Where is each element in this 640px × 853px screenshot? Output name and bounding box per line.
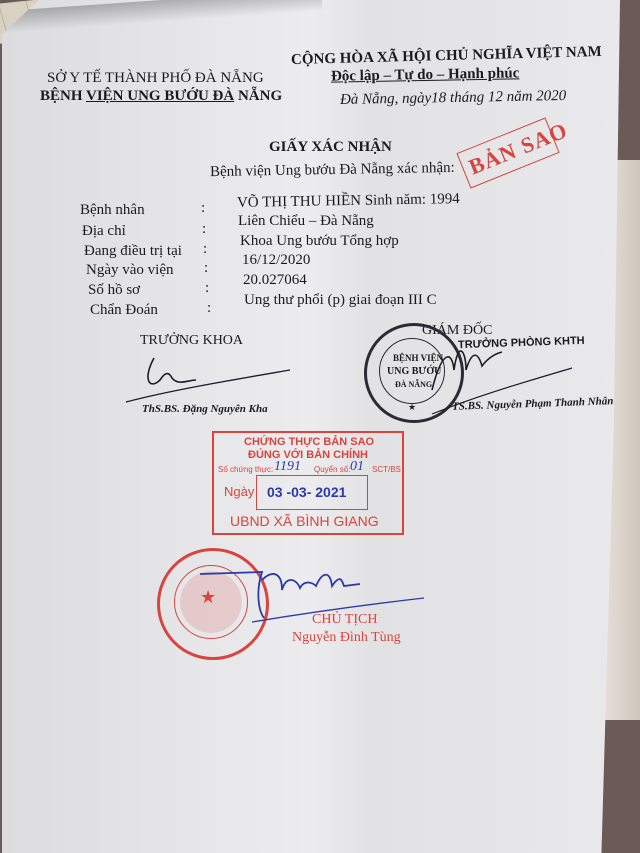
field-separator: : [204,260,208,277]
field-label: Số hồ sơ [88,282,140,299]
document-date: Đà Nẵng, ngày18 tháng 12 năm 2020 [340,88,567,109]
signature-title-left: TRƯỞNG KHOA [140,333,243,349]
field-separator: : [201,200,205,217]
star-icon: ★ [408,402,416,413]
signer-name-right: TS.BS. Nguyễn Phạm Thanh Nhân [452,395,614,413]
chairman-name: Nguyễn Đình Tùng [292,630,401,646]
intro-text: Bệnh viện Ung bướu Đà Nẵng xác nhận: [210,160,455,181]
field-value-diagnosis: Ung thư phổi (p) giai đoạn III C [244,292,437,309]
field-separator: : [203,241,207,258]
hospital-name-prefix: BỆNH [40,88,86,104]
book-number: 01 [350,459,364,475]
signer-name-left: ThS.BS. Đặng Nguyên Kha [142,403,268,415]
book-suffix: SCT/BS [372,465,401,474]
field-value-admission-date: 16/12/2020 [242,252,310,269]
field-value-department: Khoa Ung bướu Tổng hợp [240,233,399,250]
hospital-name-suffix: NẴNG [234,88,282,104]
field-label: Đang điều trị tại [84,243,182,260]
copy-stamp: BẢN SAO [456,117,559,188]
star-icon: ★ [200,587,216,608]
seal-center-line3: ĐÀ NẴNG [395,380,432,389]
document-page: SỞ Y TẾ THÀNH PHỐ ĐÀ NẴNG BỆNH VIỆN UNG … [2,0,620,853]
cert-number: 1191 [274,459,301,475]
date-label: Ngày [224,484,254,499]
field-label: Địa chỉ [82,223,126,240]
page-shadow [2,0,323,33]
certification-stamp: CHỨNG THỰC BẢN SAO ĐÚNG VỚI BẢN CHÍNH Số… [212,431,404,535]
hospital-seal: BỆNH VIỆN UNG BƯỚU ĐÀ NẴNG ★ [364,323,464,423]
field-separator: : [202,221,206,238]
field-value-address: Liên Chiểu – Đà Nẵng [238,213,374,230]
date-box: 03 -03- 2021 [256,475,368,510]
department-name: SỞ Y TẾ THÀNH PHỐ ĐÀ NẴNG [47,70,264,87]
field-separator: : [207,300,211,317]
cert-number-label: Số chứng thực: [218,465,273,474]
cert-line1: CHỨNG THỰC BẢN SAO [244,436,374,448]
book-label: Quyển số: [314,465,350,474]
field-separator: : [205,280,209,297]
field-label: Chẩn Đoán [90,302,158,319]
cert-date: 03 -03- 2021 [267,484,346,500]
national-motto: Độc lập – Tự do – Hạnh phúc [331,65,520,85]
field-label: Bệnh nhân [80,202,145,219]
copy-stamp-text: BẢN SAO [465,117,571,180]
hospital-name: BỆNH VIỆN UNG BƯỚU ĐÀ NẴNG [40,88,282,105]
signature-left [112,350,312,410]
commune-seal: ★ [157,548,269,660]
field-value-patient: VÕ THỊ THU HIỀN Sinh năm: 1994 [237,191,460,212]
chairman-title: CHỦ TỊCH [312,612,377,628]
hospital-name-underlined: VIỆN UNG BƯỚU ĐÀ [86,88,234,104]
seal-center-line2: UNG BƯỚU [387,366,441,377]
document-title: GIẤY XÁC NHẬN [269,139,392,156]
seal-center-line1: BỆNH VIỆN [393,353,443,363]
cert-authority: UBND XÃ BÌNH GIANG [230,513,379,529]
national-title: CỘNG HÒA XÃ HỘI CHỦ NGHĨA VIỆT NAM [291,44,602,69]
field-label: Ngày vào viện [86,262,173,279]
field-value-record-no: 20.027064 [243,272,307,289]
